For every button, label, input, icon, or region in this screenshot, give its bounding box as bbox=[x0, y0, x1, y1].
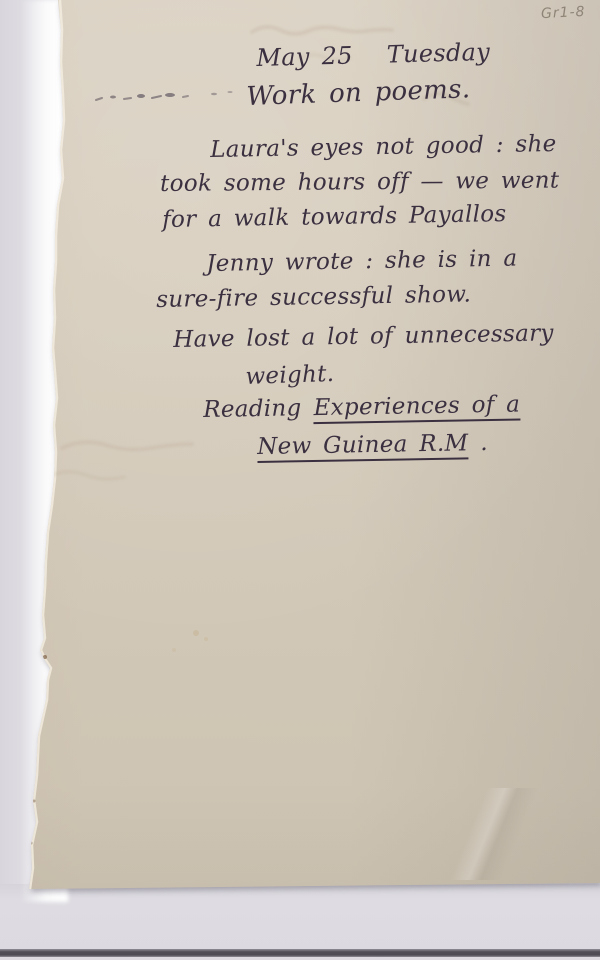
handwriting-line-2: Laura's eyes not good : she bbox=[210, 131, 557, 163]
handwriting-line-7: Have lost a lot of unnecessary bbox=[173, 320, 554, 353]
paper-sheet: Gr1-8 May 25Tuesday Work on poems. Laura… bbox=[0, 0, 600, 892]
handwriting-line-6: sure-fire successful show. bbox=[156, 282, 471, 313]
torn-edge-highlight bbox=[30, 0, 64, 889]
trailing-period: . bbox=[480, 430, 488, 456]
handwriting-line-5: Jenny wrote : she is in a bbox=[206, 246, 518, 277]
pencil-annotation: Gr1-8 bbox=[541, 4, 586, 22]
date-text: May 25 bbox=[256, 41, 353, 72]
bottom-scan-band bbox=[0, 949, 600, 957]
handwriting-line-8: weight. bbox=[245, 361, 335, 390]
handwriting-line-4: for a walk towards Payallos bbox=[162, 201, 507, 233]
paper-sheet-wrapper: Gr1-8 May 25Tuesday Work on poems. Laura… bbox=[0, 0, 600, 892]
stain-specks bbox=[172, 630, 208, 652]
paper-crease-bottom-right bbox=[378, 788, 600, 880]
reading-line: ReadingExperiences of a bbox=[203, 391, 520, 426]
handwriting-line-3: took some hours off — we went bbox=[160, 168, 560, 197]
reading-line-2: New Guinea R.M. bbox=[257, 430, 488, 460]
reading-prefix: Reading bbox=[203, 395, 302, 423]
handwriting-line-1: Work on poems. bbox=[246, 74, 471, 112]
edge-specks bbox=[30, 655, 48, 845]
weekday-text: Tuesday bbox=[386, 38, 490, 69]
book-title-part-2: New Guinea R.M bbox=[257, 430, 469, 463]
date-line: May 25Tuesday bbox=[256, 38, 490, 72]
book-title-part-1: Experiences of a bbox=[313, 391, 520, 424]
ink-smudge-marks bbox=[96, 91, 233, 100]
